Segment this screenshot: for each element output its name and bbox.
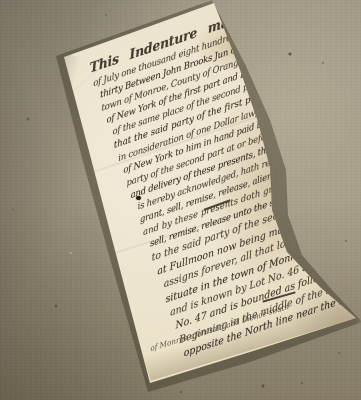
ink-blot xyxy=(136,196,141,200)
surface-speckles xyxy=(0,0,2,2)
paper-fleck xyxy=(213,73,216,76)
photo-stage: This Indenture made the ninth dayof July… xyxy=(0,0,361,400)
manuscript-edge-note: Indenture of xyxy=(100,333,135,359)
